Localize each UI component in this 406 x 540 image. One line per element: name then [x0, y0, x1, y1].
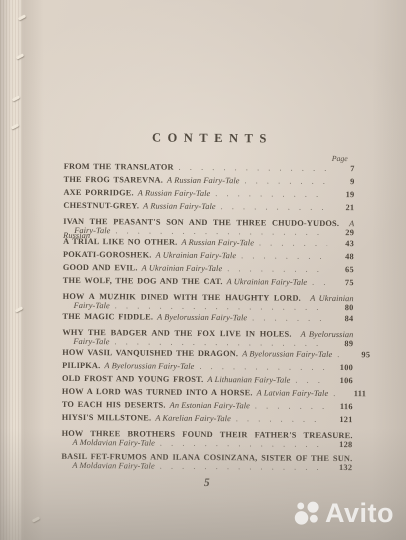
- book-page-photo: CONTENTS Page FROM THE TRANSLATOR . . . …: [0, 0, 406, 540]
- toc-entry-wrap-line: A Moldavian Fairy-Tale . . . . . . . . .…: [61, 460, 352, 474]
- entry-title: CHESTNUT-GREY.: [63, 201, 139, 211]
- entry-page-number: 89: [329, 338, 353, 347]
- entry-subtitle: A Russian Fairy-Tale: [143, 201, 216, 211]
- entry-title: GOOD AND EVIL.: [63, 263, 138, 273]
- entry-page-number: 48: [330, 252, 354, 261]
- entry-page-number: 116: [329, 402, 353, 411]
- entry-page-number: 84: [329, 314, 353, 323]
- entry-page-number: 100: [329, 363, 353, 372]
- dot-leader: . . . . . . . . . . . . . . . . . . . . …: [236, 414, 326, 424]
- avito-logo-icon: [294, 500, 321, 527]
- entry-title: AXE PORRIDGE.: [63, 188, 133, 198]
- entry-page-number: 7: [331, 164, 355, 173]
- entry-subtitle: A Russian Fairy-Tale: [138, 188, 211, 198]
- entry-page-number: 65: [330, 265, 354, 274]
- contents-heading: CONTENTS: [64, 130, 355, 147]
- entry-subtitle-wrap: Fairy-Tale: [73, 336, 109, 345]
- entry-title: HOW VASIL VANQUISHED THE DRAGON.: [62, 348, 238, 358]
- entry-subtitle: A Russian Fairy-Tale: [181, 238, 254, 248]
- entry-page-number: 19: [330, 190, 354, 199]
- dot-leader: . . . . . . . . . . . . . . . . . . . . …: [255, 401, 326, 411]
- entry-subtitle: A Ukrainian Fairy-Tale: [142, 263, 223, 273]
- dot-leader: . . . . . . . . . . . . . . . . . . . . …: [259, 238, 327, 248]
- watermark-label: Avito: [325, 498, 394, 529]
- entry-subtitle: A Byelorussian Fairy-Tale: [242, 349, 332, 359]
- dot-leader: . . . . . . . . . . . . . . . . . . . . …: [245, 176, 328, 186]
- dot-leader: . . . . . . . . . . . . . . . . . . . . …: [333, 389, 339, 398]
- entry-subtitle: A Russian Fairy-Tale: [167, 176, 240, 186]
- entry-subtitle: A Ukrainian Fairy-Tale: [227, 277, 308, 287]
- entry-subtitle: A Karelian Fairy-Tale: [155, 414, 231, 424]
- dot-leader: . . . . . . . . . . . . . . . . . . . . …: [199, 362, 326, 372]
- entry-page-number: 106: [329, 376, 353, 385]
- table-of-contents: CONTENTS Page FROM THE TRANSLATOR . . . …: [61, 130, 355, 490]
- entry-page-number: 95: [346, 350, 370, 359]
- dot-leader: . . . . . . . . . . . . . . . . . . . . …: [295, 376, 326, 385]
- entry-title: OLD FROST AND YOUNG FROST.: [62, 374, 203, 384]
- dot-leader: . . . . . . . . . . . . . . . . . . . . …: [312, 278, 327, 287]
- entry-page-number: 128: [329, 439, 353, 448]
- toc-entry: WHY THE BADGER AND THE FOX LIVE IN HOLES…: [62, 325, 353, 350]
- entry-page-number: 111: [342, 389, 366, 398]
- entry-subtitle: A Byelorussian Fairy-Tale: [104, 361, 194, 371]
- spine-crease: [22, 0, 44, 540]
- entry-subtitle-wrap: A Moldavian Fairy-Tale: [72, 460, 154, 470]
- entry-subtitle-wrap: A Moldavian Fairy-Tale: [73, 437, 155, 447]
- entry-page-number: 43: [330, 239, 354, 248]
- entry-page-number: 9: [331, 177, 355, 186]
- right-edge-shadow: [372, 0, 406, 540]
- dot-leader: . . . . . . . . . . . . . . . . . . . . …: [337, 350, 343, 359]
- entry-subtitle: A Ukrainian Fairy-Tale: [156, 251, 237, 261]
- dot-leader: . . . . . . . . . . . . . . . . . . . . …: [179, 163, 328, 173]
- entry-subtitle: An Estonian Fairy-Tale: [170, 401, 250, 411]
- toc-entry: IVAN THE PEASANT'S SON AND THE THREE CHU…: [63, 214, 354, 239]
- entry-page-number: 121: [329, 415, 353, 424]
- dot-leader: . . . . . . . . . . . . . . . . . . . . …: [227, 264, 327, 274]
- entry-title: THE MAGIC FIDDLE.: [63, 312, 154, 322]
- entry-page-number: 75: [330, 278, 354, 287]
- entry-page-number: 80: [330, 302, 354, 311]
- entry-subtitle: A Latvian Fairy-Tale: [257, 388, 329, 398]
- dot-leader: . . . . . . . . . . . . . . . . . . . . …: [160, 461, 326, 471]
- entry-title: THE WOLF, THE DOG AND THE CAT.: [63, 276, 223, 286]
- dot-leader: . . . . . . . . . . . . . . . . . . . . …: [241, 251, 327, 261]
- dot-leader: . . . . . . . . . . . . . . . . . . . . …: [221, 202, 328, 212]
- entry-subtitle: A Byelorussian Fairy-Tale: [157, 313, 247, 323]
- entry-page-number: 132: [328, 462, 352, 471]
- entry-title: THE FROG TSAREVNA.: [64, 175, 163, 185]
- toc-entry: HOW THREE BROTHERS FOUND THEIR FATHER'S …: [61, 426, 352, 451]
- entry-title: POKATI-GOROSHEK.: [63, 250, 152, 260]
- dot-leader: . . . . . . . . . . . . . . . . . . . . …: [114, 337, 326, 348]
- dot-leader: . . . . . . . . . . . . . . . . . . . . …: [115, 301, 327, 312]
- toc-entry: BASIL FET-FRUMOS AND ILANA COSINZANA, SI…: [61, 449, 352, 474]
- toc-entry: HOW A MUZHIK DINED WITH THE HAUGHTY LORD…: [63, 289, 354, 314]
- avito-watermark: Avito: [294, 498, 394, 529]
- dot-leader: . . . . . . . . . . . . . . . . . . . . …: [252, 313, 326, 323]
- entry-page-number: 21: [330, 203, 354, 212]
- toc-entry-list: FROM THE TRANSLATOR . . . . . . . . . . …: [61, 162, 354, 474]
- entry-title: HOW A LORD WAS TURNED INTO A HORSE.: [62, 387, 253, 397]
- entry-page-number: 29: [330, 227, 354, 236]
- folio-page-number: 5: [61, 476, 352, 490]
- entry-title: TO EACH HIS DESERTS.: [62, 400, 166, 410]
- entry-title: A TRIAL LIKE NO OTHER.: [63, 237, 177, 247]
- entry-title: HIYSI'S MILLSTONE.: [62, 413, 152, 423]
- page-stack-edges: [0, 0, 24, 540]
- entry-subtitle-wrap: Fairy-Tale: [74, 225, 110, 234]
- entry-subtitle-wrap: Fairy-Tale: [74, 300, 110, 309]
- entry-subtitle: A Lithuanian Fairy-Tale: [207, 375, 290, 385]
- entry-title: FROM THE TRANSLATOR: [64, 162, 174, 172]
- dot-leader: . . . . . . . . . . . . . . . . . . . . …: [215, 189, 327, 199]
- dot-leader: . . . . . . . . . . . . . . . . . . . . …: [115, 226, 327, 237]
- entry-title: PILIPKA.: [62, 361, 100, 370]
- dot-leader: . . . . . . . . . . . . . . . . . . . . …: [160, 438, 326, 448]
